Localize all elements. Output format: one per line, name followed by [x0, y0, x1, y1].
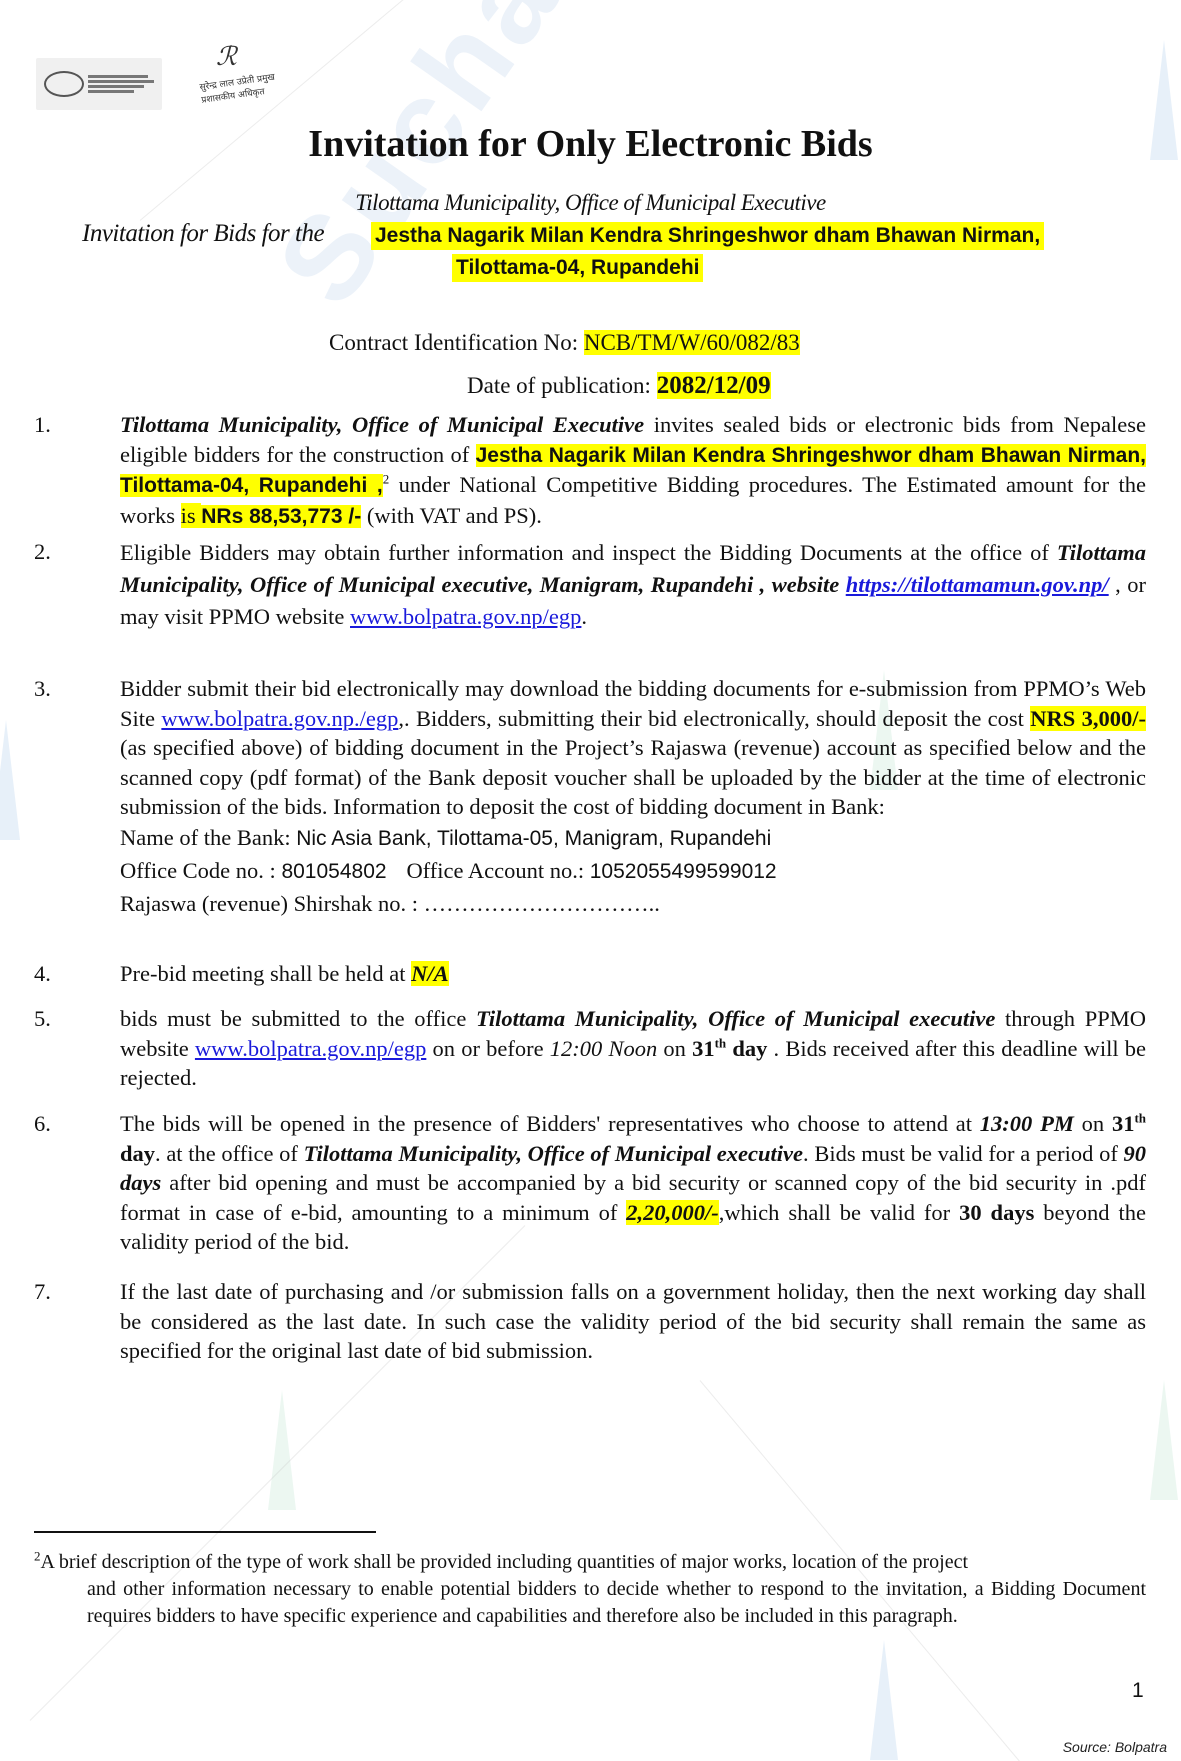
- municipality-website-link[interactable]: https://tilottamamun.gov.np/: [846, 572, 1109, 597]
- source-credit: Source: Bolpatra: [1063, 1739, 1167, 1755]
- contract-id-value: NCB/TM/W/60/082/83: [584, 330, 800, 355]
- clause-number: 7.: [34, 1277, 51, 1307]
- contract-id: Contract Identification No: NCB/TM/W/60/…: [329, 330, 800, 356]
- signature-caption: सुरेन्द्र लाल उप्रेती प्रमुख प्रशासकीय अ…: [199, 68, 288, 106]
- footnote-divider: [34, 1531, 376, 1533]
- ifb-prefix: Invitation for Bids for the: [82, 220, 324, 248]
- account-number: 1052055499599012: [590, 860, 777, 883]
- bank-details: Name of the Bank: Nic Asia Bank, Tilotta…: [120, 822, 1146, 920]
- page-number: 1: [1132, 1679, 1144, 1703]
- watermark-line: [140, 0, 677, 221]
- submission-time: 12:00 Noon: [550, 1036, 657, 1061]
- office-code: 801054802: [281, 856, 406, 888]
- clause-number: 1.: [34, 410, 51, 440]
- ppmo-website-link[interactable]: www.bolpatra.gov.np/egp: [195, 1036, 426, 1061]
- clause-2: 2. Eligible Bidders may obtain further i…: [34, 537, 1146, 633]
- signature: ℛ सुरेन्द्र लाल उप्रेती प्रमुख प्रशासकीय…: [196, 42, 286, 92]
- bid-security-amount: 2,20,000/-: [626, 1200, 719, 1225]
- employer-name: Tilottama Municipality, Office of Munici…: [120, 412, 644, 437]
- ppmo-website-link[interactable]: www.bolpatra.gov.np/egp: [350, 604, 581, 629]
- publication-date: Date of publication: 2082/12/09: [467, 372, 771, 400]
- clause-number: 3.: [34, 674, 51, 704]
- watermark-arrow-icon: [268, 1390, 296, 1510]
- project-name-line2: Tilottama-04, Rupandehi: [452, 254, 703, 282]
- clause-5: 5. bids must be submitted to the office …: [34, 1004, 1146, 1093]
- project-name-line1: Jestha Nagarik Milan Kendra Shringeshwor…: [371, 222, 1044, 250]
- footnote: 2A brief description of the type of work…: [34, 1549, 1146, 1630]
- bank-name: Nic Asia Bank, Tilottama-05, Manigram, R…: [296, 827, 771, 850]
- seal-icon: [44, 71, 84, 97]
- estimated-amount: NRs 88,53,773 /-: [201, 505, 361, 528]
- clause-number: 2.: [34, 537, 51, 567]
- clause-number: 5.: [34, 1004, 51, 1034]
- contract-id-label: Contract Identification No:: [329, 330, 578, 355]
- clause-body: The bids will be opened in the presence …: [120, 1109, 1146, 1257]
- clause-4: 4. Pre-bid meeting shall be held at N/A: [34, 959, 1146, 989]
- shirshak-number: …………………………..: [424, 891, 660, 916]
- bolpatra-link[interactable]: www.bolpatra.gov.np./egp: [161, 706, 398, 731]
- clause-3: 3. Bidder submit their bid electronicall…: [34, 674, 1146, 920]
- office-name: Tilottama Municipality, Office of Munici…: [476, 1006, 995, 1031]
- municipality-logo: [36, 58, 162, 110]
- security-validity: 30 days: [959, 1200, 1034, 1225]
- watermark-arrow-icon: [1150, 1380, 1178, 1500]
- clause-number: 4.: [34, 959, 51, 989]
- clause-body: If the last date of purchasing and /or s…: [120, 1277, 1146, 1366]
- watermark-arrow-icon: [0, 720, 20, 840]
- clause-body: Eligible Bidders may obtain further info…: [120, 537, 1146, 633]
- publication-date-label: Date of publication:: [467, 373, 651, 398]
- clause-body: Tilottama Municipality, Office of Munici…: [120, 410, 1146, 531]
- clause-1: 1. Tilottama Municipality, Office of Mun…: [34, 410, 1146, 531]
- employer-subtitle: Tilottama Municipality, Office of Munici…: [0, 190, 1181, 216]
- clause-6: 6. The bids will be opened in the presen…: [34, 1109, 1146, 1257]
- clause-body: Bidder submit their bid electronically m…: [120, 674, 1146, 822]
- publication-date-value: 2082/12/09: [657, 372, 771, 399]
- clause-body: bids must be submitted to the office Til…: [120, 1004, 1146, 1093]
- opening-time: 13:00 PM: [980, 1111, 1074, 1136]
- submission-day: 31th day: [692, 1036, 767, 1061]
- clause-number: 6.: [34, 1109, 51, 1139]
- clause-body: Pre-bid meeting shall be held at N/A: [120, 959, 1146, 989]
- watermark-arrow-icon: [870, 1640, 898, 1760]
- office-name: Tilottama Municipality, Office of Munici…: [304, 1141, 803, 1166]
- document-cost: NRS 3,000/-: [1030, 706, 1146, 731]
- prebid-venue: N/A: [411, 961, 449, 986]
- page-title: Invitation for Only Electronic Bids: [0, 122, 1181, 166]
- clause-7: 7. If the last date of purchasing and /o…: [34, 1277, 1146, 1366]
- signature-scrawl-icon: ℛ: [216, 42, 237, 72]
